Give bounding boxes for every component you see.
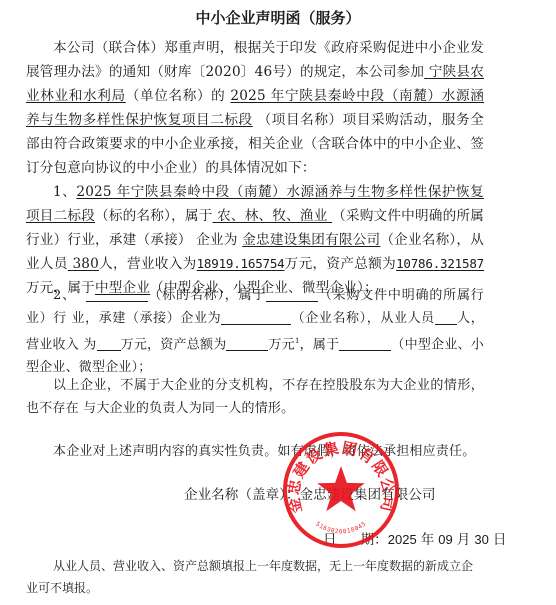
item-1-industry: 农、林、牧、渔业 (213, 208, 333, 224)
item-2-employees-unit: 人， (457, 311, 484, 326)
item-1-employees-unit: 人，营业收入为 (99, 256, 197, 272)
intro-text: 本公司（联合体）郑重声明，根据关于印发《政府采购促进中小企业发展管理办法》的通知… (26, 40, 484, 80)
item-2-index: 2、 (53, 288, 76, 303)
date-line: 日期：2025年09月30日 (323, 530, 506, 550)
item-2-enterprise-blank[interactable] (221, 309, 291, 325)
signature-line: 企业名称（盖章）：金忠建设集团有限公司 (184, 485, 435, 505)
item-1-employees: 380 (68, 256, 99, 272)
item-2-revenue-blank[interactable] (97, 335, 121, 351)
item-2-revenue-prefix: 营业收入 为 (26, 337, 97, 352)
date-day-unit: 日 (493, 532, 507, 548)
intro-paragraph: 本公司（联合体）郑重声明，根据关于印发《政府采购促进中小企业发展管理办法》的通知… (26, 36, 484, 180)
item-2-paragraph: 2、 （标的名称），属于（采购文件中明确的所属行业）行 业，承建（承接）企业为（… (26, 284, 484, 379)
item-1-enterprise: 金忠建设集团有限公司 (242, 232, 380, 248)
signature-company: 金忠建设集团有限公司 (300, 487, 436, 503)
date-day: 30 (474, 532, 488, 547)
date-label-period: 期： (361, 532, 388, 548)
date-year: 2025 (388, 532, 417, 547)
item-2-enterprise-label: （企业名称），从业人员 (291, 311, 435, 326)
item-1-revenue-unit: 万元，资产总额为 (285, 256, 397, 272)
item-2-assets-blank[interactable] (226, 335, 268, 351)
item-2-revenue-unit: 万元，资产总额为 (121, 337, 227, 352)
item-1-index: 1、 (53, 184, 76, 200)
document-title: 中小企业声明函（服务） (0, 8, 556, 28)
item-1-assets: 10786.321587 (396, 256, 484, 271)
date-year-unit: 年 (421, 532, 435, 548)
item-2-employees-blank[interactable] (435, 309, 457, 325)
item-2-size-blank[interactable] (339, 335, 391, 351)
item-1-lot-label: （标的名称），属于 (95, 208, 212, 224)
purchaser-label: （单位名称）的 (126, 88, 226, 104)
truthfulness-statement: 本企业对上述声明内容的真实性负责。如有虚假，将依法承担相应责任。 (26, 440, 484, 463)
item-1-revenue: 18919.165754 (197, 256, 285, 271)
declaration-page: 中小企业声明函（服务） 本公司（联合体）郑重声明，根据关于印发《政府采购促进中小… (0, 0, 556, 605)
item-2-industry-blank[interactable] (266, 286, 318, 302)
date-month-unit: 月 (457, 532, 471, 548)
item-2-assets-unit: 万元 (268, 337, 295, 352)
signature-label: 企业名称（盖章）： (184, 487, 300, 503)
date-label-day: 日 (323, 532, 337, 548)
date-month: 09 (438, 532, 452, 547)
item-2-lot-blank[interactable] (86, 286, 148, 302)
item-1-paragraph: 1、2025 年宁陕县秦岭中段（南麓）水源涵养与生物多样性保护恢复项目二标段（标… (26, 180, 484, 300)
item-2-lot-label: （标的名称），属于 (148, 288, 266, 303)
footnote: 从业人员、营业收入、资产总额填报上一年度数据，无上一年度数据的新成立企业可不填报… (26, 555, 484, 599)
no-large-enterprise-statement: 以上企业，不属于大企业的分支机构，不存在控股股东为大企业的情形，也不存在 与大企… (26, 374, 484, 420)
item-2-size-prefix: ，属于 (300, 337, 340, 352)
